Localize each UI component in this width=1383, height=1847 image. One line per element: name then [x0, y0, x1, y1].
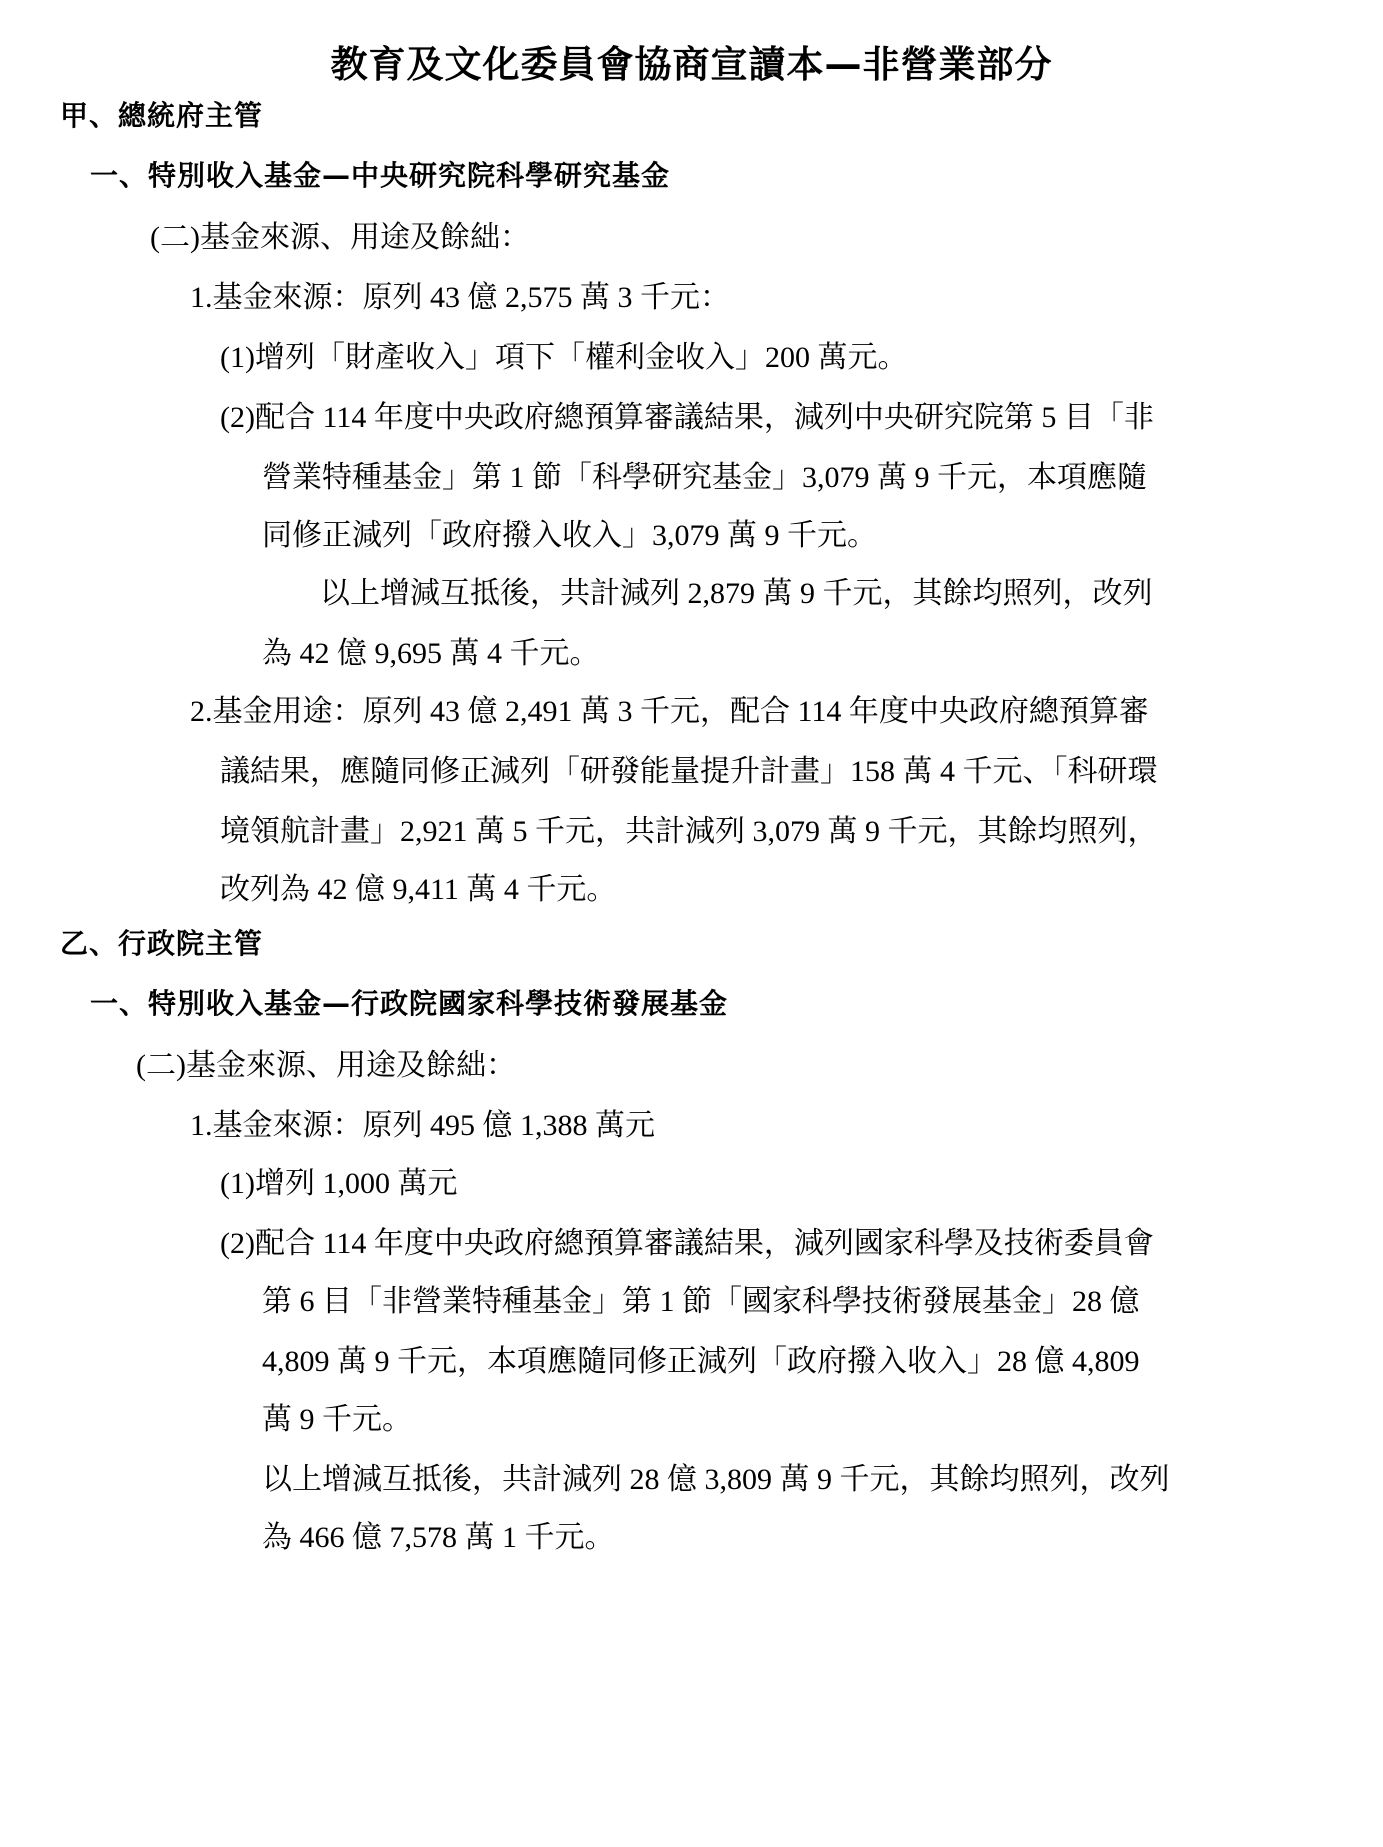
document-page: 教育及文化委員會協商宣讀本—非營業部分 甲、總統府主管 一、特別收入基金—中央研…	[0, 0, 1383, 1847]
fund-source-item-2-line-1: (2)配合 114 年度中央政府總預算審議結果，減列中央研究院第 5 目「非	[220, 392, 1120, 436]
fund-source-item-2-line-3: 同修正減列「政府撥入收入」3,079 萬 9 千元。	[262, 510, 877, 554]
fund-source-summary-line-1: 以上增減互抵後，共計減列 2,879 萬 9 千元，其餘均照列，改列	[320, 568, 1120, 612]
fund-source-summary-2-line-1: 以上增減互抵後，共計減列 28 億 3,809 萬 9 千元，其餘均照列，改列	[262, 1454, 1120, 1498]
fund-source-item-2-2-line-4: 萬 9 千元。	[262, 1394, 412, 1438]
fund-source-label: 1.基金來源：原列 43 億 2,575 萬 3 千元：	[190, 272, 730, 316]
section-heading-executive-yuan: 乙、行政院主管	[60, 922, 263, 962]
fund-source-summary-2-line-2: 為 466 億 7,578 萬 1 千元。	[262, 1512, 615, 1556]
section-heading-president-office: 甲、總統府主管	[60, 94, 263, 134]
fund-source-item-2-2-line-1: (2)配合 114 年度中央政府總預算審議結果，減列國家科學及技術委員會	[220, 1218, 1120, 1262]
fund-source-summary-line-2: 為 42 億 9,695 萬 4 千元。	[262, 628, 600, 672]
fund-source-item-1-2: (1)增列 1,000 萬元	[220, 1158, 457, 1202]
fund-use-line-3: 境領航計畫」2,921 萬 5 千元，共計減列 3,079 萬 9 千元，其餘均…	[220, 806, 1120, 850]
fund-source-item-1: (1)增列「財產收入」項下「權利金收入」200 萬元。	[220, 332, 907, 376]
fund-use-line-1: 2.基金用途：原列 43 億 2,491 萬 3 千元，配合 114 年度中央政…	[190, 686, 1120, 730]
sub-heading-fund-sources: (二)基金來源、用途及餘絀：	[150, 212, 530, 256]
fund-use-line-4: 改列為 42 億 9,411 萬 4 千元。	[220, 864, 616, 908]
fund-source-item-2-line-2: 營業特種基金」第 1 節「科學研究基金」3,079 萬 9 千元，本項應隨	[262, 452, 1120, 496]
fund-heading-nstc: 一、特別收入基金—行政院國家科學技術發展基金	[90, 982, 728, 1022]
fund-heading-academia-sinica: 一、特別收入基金—中央研究院科學研究基金	[90, 154, 670, 194]
fund-use-line-2: 議結果，應隨同修正減列「研發能量提升計畫」158 萬 4 千元、「科研環	[220, 746, 1120, 790]
fund-source-item-2-2-line-2: 第 6 目「非營業特種基金」第 1 節「國家科學技術發展基金」28 億	[262, 1276, 1120, 1320]
sub-heading-fund-sources-2: (二)基金來源、用途及餘絀：	[136, 1040, 516, 1084]
fund-source-item-2-2-line-3: 4,809 萬 9 千元，本項應隨同修正減列「政府撥入收入」28 億 4,809	[262, 1336, 1120, 1380]
fund-source-label-2: 1.基金來源：原列 495 億 1,388 萬元	[190, 1100, 655, 1144]
page-title: 教育及文化委員會協商宣讀本—非營業部分	[0, 34, 1383, 88]
